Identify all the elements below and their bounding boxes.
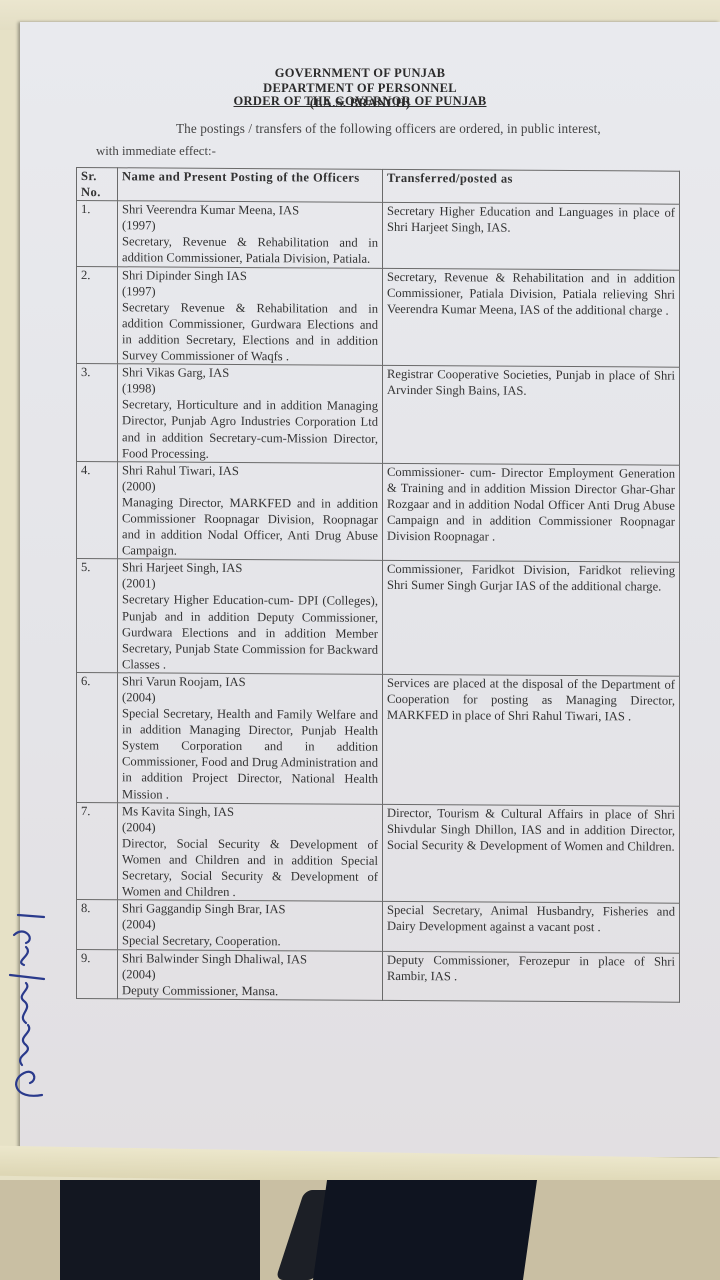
background-floor — [0, 1180, 720, 1280]
officer-cell: Shri Varun Roojam, IAS(2004)Special Secr… — [118, 673, 383, 804]
background-shadow — [313, 1180, 537, 1280]
table-row: 3.Shri Vikas Garg, IAS(1998)Secretary, H… — [77, 364, 680, 465]
officer-batch: (2001) — [122, 576, 378, 594]
table-row: 1.Shri Veerendra Kumar Meena, IAS(1997)S… — [77, 201, 680, 270]
officer-batch: (1997) — [122, 218, 378, 236]
sr-no-cell: 1. — [77, 201, 118, 267]
column-header-sr-no: Sr. No. — [77, 168, 118, 201]
officer-name: Shri Varun Roojam, IAS — [122, 673, 378, 691]
officer-cell: Shri Dipinder Singh IAS(1997)Secretary R… — [118, 266, 383, 365]
present-posting: Secretary, Horticulture and in addition … — [122, 397, 378, 463]
intro-line-2: with immediate effect:- — [96, 144, 216, 159]
officer-cell: Shri Rahul Tiwari, IAS(2000)Managing Dir… — [118, 461, 383, 560]
sr-no-cell: 3. — [77, 364, 118, 462]
officer-batch: (2004) — [122, 966, 378, 984]
present-posting: Secretary Higher Education-cum- DPI (Col… — [122, 592, 378, 674]
officer-batch: (2000) — [122, 478, 378, 496]
present-posting: Special Secretary, Health and Family Wel… — [122, 705, 378, 803]
officer-name: Shri Balwinder Singh Dhaliwal, IAS — [122, 950, 378, 968]
header-government: GOVERNMENT OF PUNJAB — [0, 66, 720, 81]
officer-cell: Shri Gaggandip Singh Brar, IAS(2004)Spec… — [118, 900, 383, 951]
order-title: ORDER OF THE GOVERNOR OF PUNJAB — [0, 94, 720, 109]
present-posting: Director, Social Security & Development … — [122, 835, 378, 901]
sr-no-cell: 4. — [77, 461, 118, 559]
table-header-row: Sr. No. Name and Present Posting of the … — [77, 168, 680, 205]
table-row: 5.Shri Harjeet Singh, IAS(2001)Secretary… — [77, 559, 680, 676]
present-posting: Secretary, Revenue & Rehabilitation and … — [122, 234, 378, 268]
table-row: 9.Shri Balwinder Singh Dhaliwal, IAS(200… — [77, 949, 680, 1002]
officer-cell: Ms Kavita Singh, IAS(2004)Director, Soci… — [118, 802, 383, 901]
officer-batch: (2004) — [122, 917, 378, 935]
table-row: 4.Shri Rahul Tiwari, IAS(2000)Managing D… — [77, 461, 680, 562]
transferred-posted-cell: Commissioner, Faridkot Division, Faridko… — [383, 561, 680, 676]
officer-cell: Shri Veerendra Kumar Meena, IAS(1997)Sec… — [118, 201, 383, 268]
sr-no-cell: 8. — [77, 900, 118, 950]
sr-no-cell: 9. — [77, 949, 118, 999]
officer-cell: Shri Vikas Garg, IAS(1998)Secretary, Hor… — [118, 364, 383, 463]
officer-name: Ms Kavita Singh, IAS — [122, 803, 378, 821]
transferred-posted-cell: Special Secretary, Animal Husbandry, Fis… — [383, 902, 680, 953]
present-posting: Special Secretary, Cooperation. — [122, 933, 378, 951]
officer-cell: Shri Balwinder Singh Dhaliwal, IAS(2004)… — [118, 949, 383, 1000]
officer-name: Shri Rahul Tiwari, IAS — [122, 462, 378, 480]
sr-no-cell: 5. — [77, 559, 118, 673]
officer-batch: (1997) — [122, 283, 378, 301]
sr-no-cell: 2. — [77, 266, 118, 364]
transferred-posted-cell: Registrar Cooperative Societies, Punjab … — [383, 365, 680, 464]
transferred-posted-cell: Deputy Commissioner, Ferozepur in place … — [383, 951, 680, 1002]
officer-name: Shri Harjeet Singh, IAS — [122, 560, 378, 578]
sr-no-cell: 6. — [77, 672, 118, 802]
table-row: 6.Shri Varun Roojam, IAS(2004)Special Se… — [77, 672, 680, 805]
transferred-posted-cell: Secretary, Revenue & Rehabilitation and … — [383, 268, 680, 367]
officer-name: Shri Gaggandip Singh Brar, IAS — [122, 900, 378, 918]
table-row: 2.Shri Dipinder Singh IAS(1997)Secretary… — [77, 266, 680, 367]
background-shadow — [60, 1180, 260, 1280]
officer-cell: Shri Harjeet Singh, IAS(2001)Secretary H… — [118, 559, 383, 674]
officer-name: Shri Vikas Garg, IAS — [122, 364, 378, 382]
transferred-posted-cell: Secretary Higher Education and Languages… — [383, 203, 680, 270]
present-posting: Secretary Revenue & Rehabilitation and i… — [122, 299, 378, 365]
officer-name: Shri Veerendra Kumar Meena, IAS — [122, 201, 378, 219]
column-header-posted: Transferred/posted as — [383, 169, 680, 204]
intro-line-1: The postings / transfers of the followin… — [176, 121, 696, 137]
present-posting: Managing Director, MARKFED and in additi… — [122, 494, 378, 560]
table-row: 8.Shri Gaggandip Singh Brar, IAS(2004)Sp… — [77, 900, 680, 953]
transferred-posted-cell: Commissioner- cum- Director Employment G… — [383, 463, 680, 562]
officer-name: Shri Dipinder Singh IAS — [122, 267, 378, 285]
officer-batch: (2004) — [122, 819, 378, 837]
table-row: 7.Ms Kavita Singh, IAS(2004)Director, So… — [77, 802, 680, 903]
transfer-orders-table: Sr. No. Name and Present Posting of the … — [76, 167, 680, 1002]
officer-batch: (2004) — [122, 689, 378, 707]
transferred-posted-cell: Director, Tourism & Cultural Affairs in … — [383, 804, 680, 903]
handwritten-signature — [4, 905, 54, 1105]
present-posting: Deputy Commissioner, Mansa. — [122, 982, 378, 1000]
officer-batch: (1998) — [122, 380, 378, 398]
column-header-name: Name and Present Posting of the Officers — [118, 168, 383, 203]
sr-no-cell: 7. — [77, 802, 118, 900]
transferred-posted-cell: Services are placed at the disposal of t… — [383, 674, 680, 806]
